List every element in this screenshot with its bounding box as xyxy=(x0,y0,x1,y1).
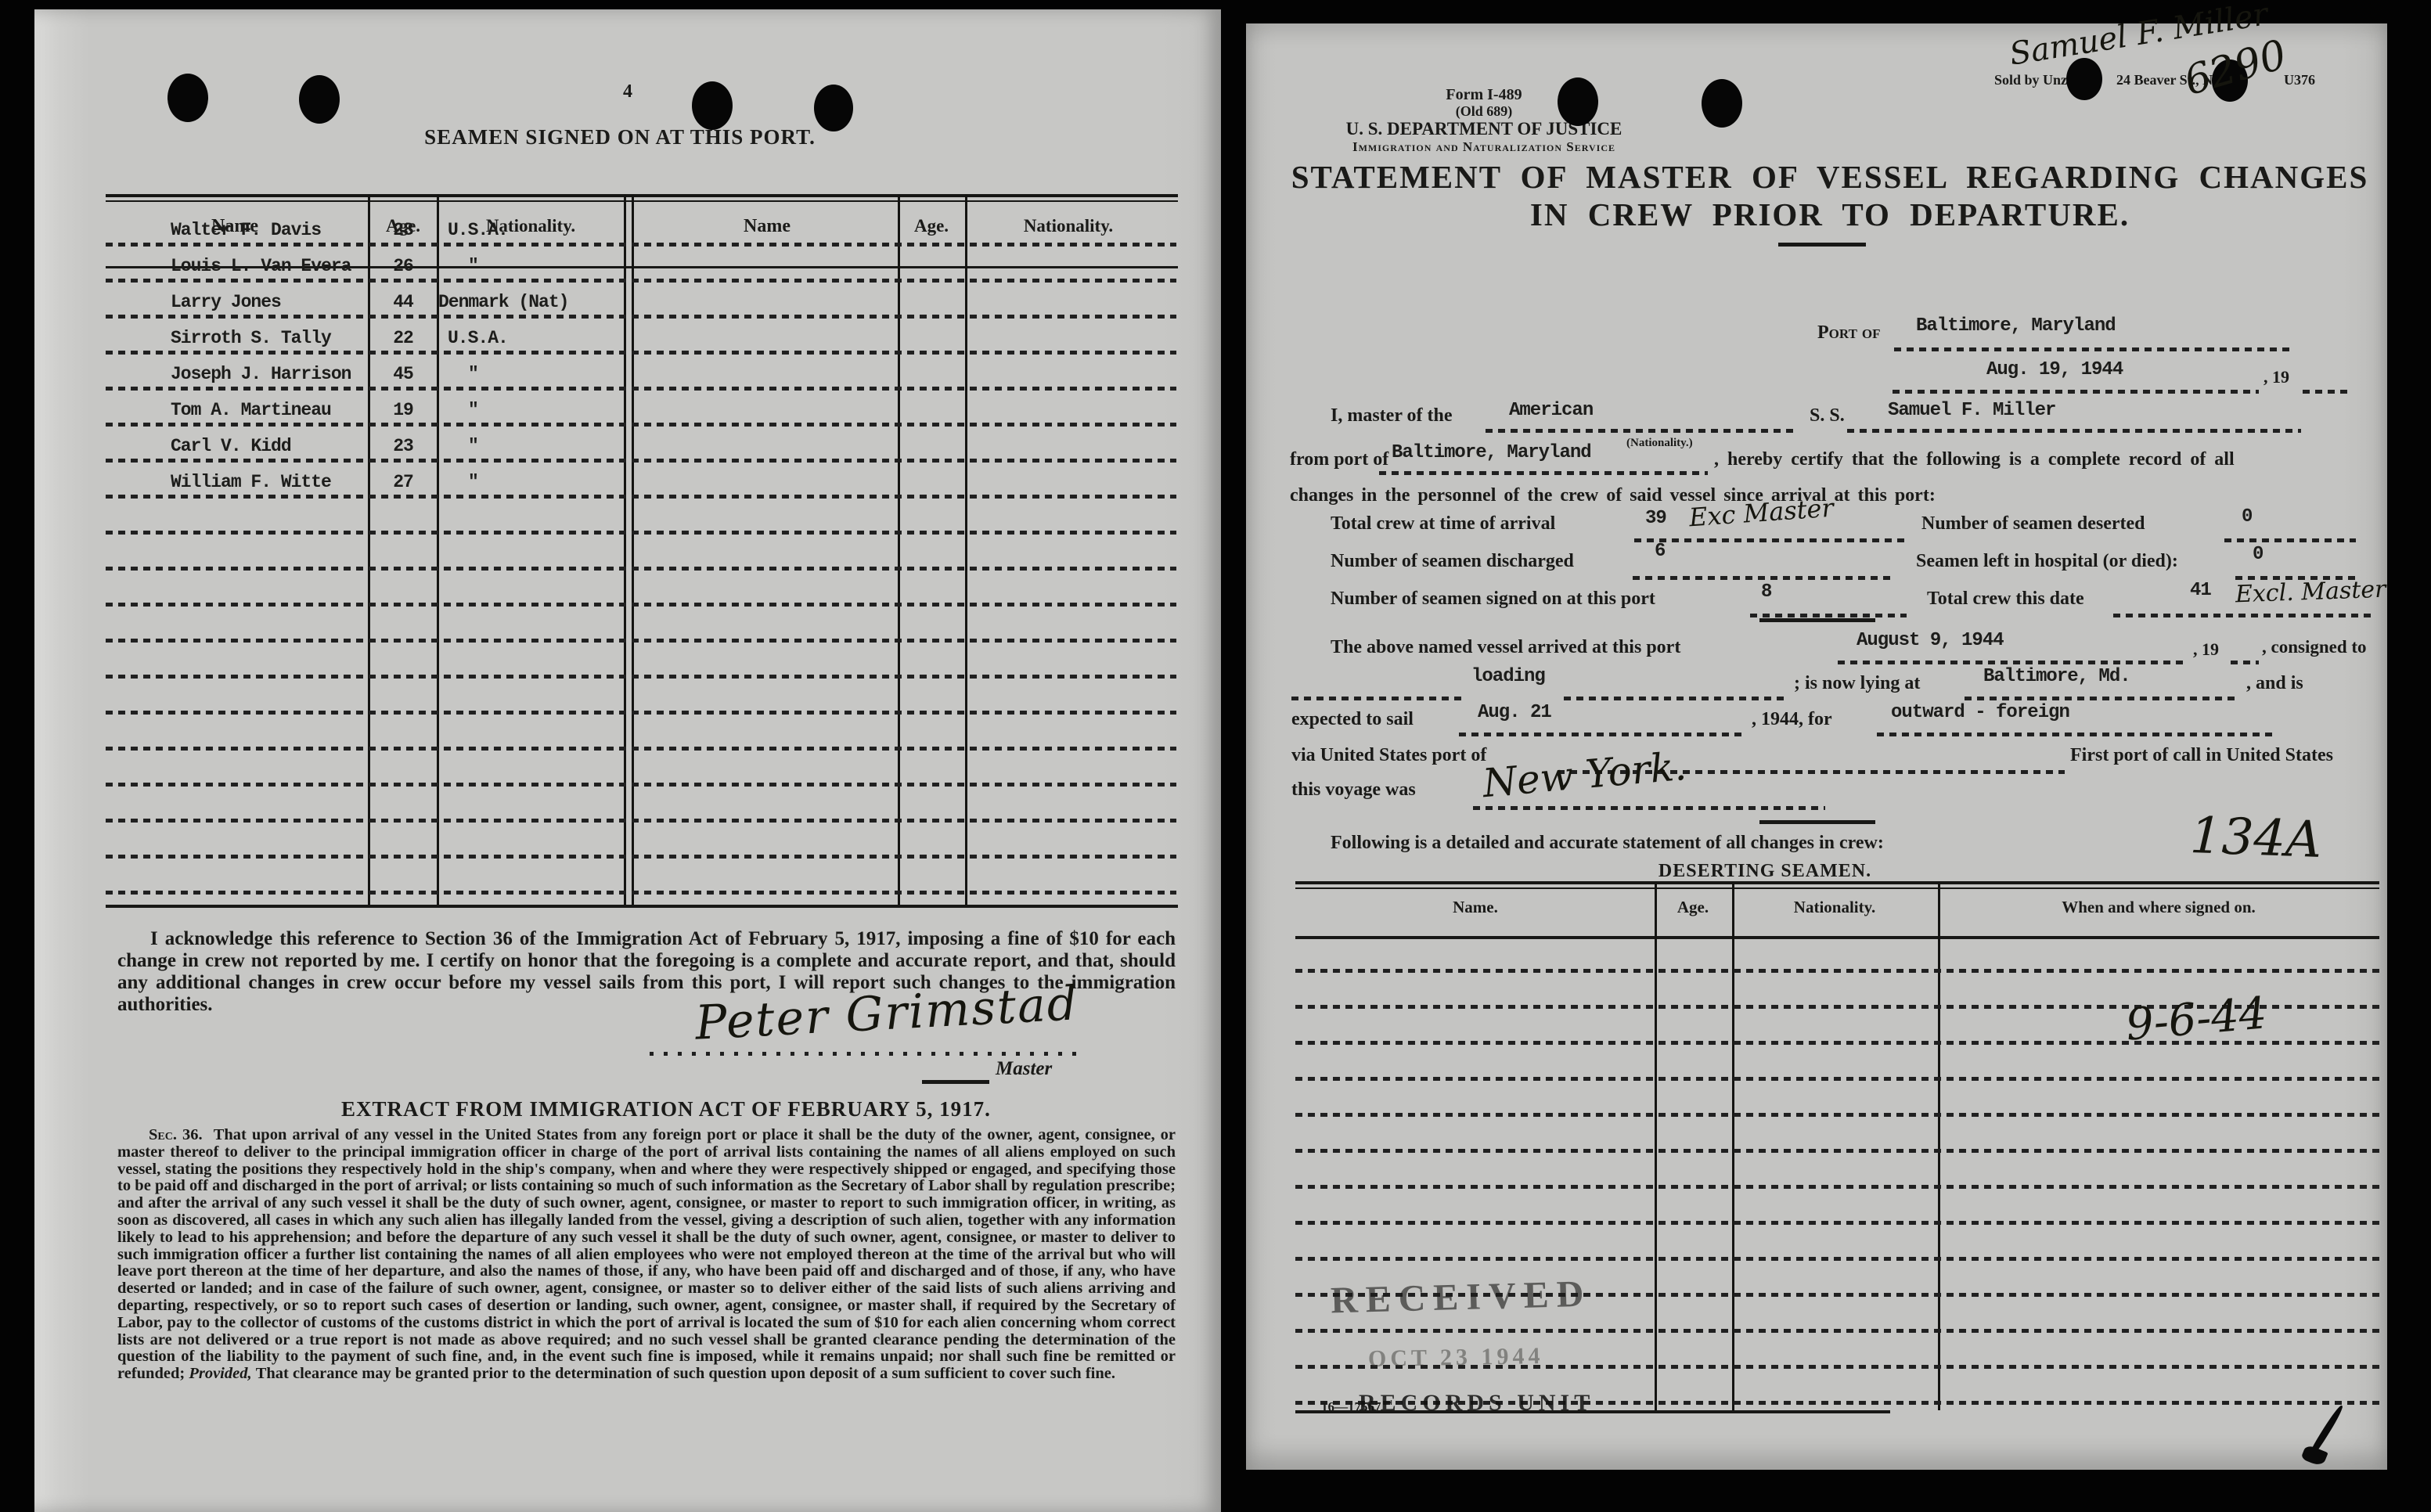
row-line xyxy=(106,567,1176,571)
deserting-col-signed-on: When and where signed on. xyxy=(2062,898,2256,917)
deserting-seamen-heading: DESERTING SEAMEN. xyxy=(1658,861,1871,882)
row-line xyxy=(106,891,1176,895)
extract-text-2: That clearance may be granted prior to t… xyxy=(256,1365,1115,1382)
row-line xyxy=(1295,969,2379,973)
crew-name: Tom A. Martineau xyxy=(171,401,331,421)
signature-line xyxy=(650,1052,1076,1056)
discharged-value: 6 xyxy=(1655,542,1665,563)
row-line xyxy=(106,639,1176,643)
date-stamp: OCT 23 1944 xyxy=(1368,1343,1544,1373)
title-underline xyxy=(1778,243,1866,247)
col-header-age-2: Age. xyxy=(914,216,949,236)
scanned-document: 4 SEAMEN SIGNED ON AT THIS PORT. Name Ag… xyxy=(0,0,2431,1512)
crew-name: Larry Jones xyxy=(171,293,281,313)
row-line xyxy=(1295,1077,2379,1081)
row-line xyxy=(106,819,1176,823)
fill-line xyxy=(1877,733,2273,736)
crew-age: 28 xyxy=(369,221,437,241)
crew-age: 22 xyxy=(369,329,437,349)
fill-line xyxy=(1473,806,1825,810)
pen-mark xyxy=(2300,1399,2354,1470)
consigned-value: loading xyxy=(1471,667,1545,688)
row-line xyxy=(1295,1113,2379,1117)
section-label: Sec. 36. xyxy=(117,1126,203,1143)
arrival-crew-value: 39 xyxy=(1645,509,1666,530)
arrival-crew-label: Total crew at time of arrival xyxy=(1331,513,1555,535)
punch-hole xyxy=(1702,79,1742,128)
crew-age: 26 xyxy=(369,257,437,277)
records-unit-stamp: RECORDS UNIT xyxy=(1359,1390,1594,1417)
arrived-year-label: , 19 xyxy=(2193,640,2219,660)
form-title-line1: STATEMENT OF MASTER OF VESSEL REGARDING … xyxy=(1291,160,2369,196)
page-title: SEAMEN SIGNED ON AT THIS PORT. xyxy=(424,125,816,149)
deserting-table-top-rule xyxy=(1295,881,2379,889)
form-number-old: (Old 689) xyxy=(1456,103,1513,119)
sail-year-label: , 1944, for xyxy=(1752,709,1832,730)
fill-line xyxy=(1291,697,1462,700)
signature-role-label: Master xyxy=(996,1058,1052,1080)
master-of-label: I, master of the xyxy=(1331,405,1453,427)
punch-hole xyxy=(692,81,733,130)
punch-hole xyxy=(1558,77,1598,126)
vessel-name-value: Samuel F. Miller xyxy=(1888,401,2055,422)
deserting-col-nationality: Nationality. xyxy=(1794,898,1875,917)
changes-text: changes in the personnel of the crew of … xyxy=(1290,485,1936,506)
row-line xyxy=(1295,1185,2379,1189)
deserted-value: 0 xyxy=(2242,507,2252,528)
crew-nationality: U.S.A. xyxy=(448,221,508,241)
row-line xyxy=(106,279,1176,283)
fill-line xyxy=(1894,347,2289,351)
row-line xyxy=(1295,1149,2379,1153)
punch-hole xyxy=(814,85,853,131)
signed-on-value: 8 xyxy=(1761,582,1771,603)
extract-heading: EXTRACT FROM IMMIGRATION ACT OF FEBRUARY… xyxy=(341,1097,991,1121)
section-divider xyxy=(1759,618,1875,622)
crew-name: Carl V. Kidd xyxy=(171,437,291,457)
certify-text: , hereby certify that the following is a… xyxy=(1714,449,2235,470)
crew-name: Joseph J. Harrison xyxy=(171,365,351,385)
crew-nationality: " xyxy=(468,401,478,421)
fill-line xyxy=(1486,429,1799,433)
row-line xyxy=(106,855,1176,859)
lying-at-label: ; is now lying at xyxy=(1794,673,1920,694)
and-is-label: , and is xyxy=(2246,673,2303,694)
crew-age: 44 xyxy=(369,293,437,313)
following-caption: Following is a detailed and accurate sta… xyxy=(1331,833,1884,854)
nationality-value: American xyxy=(1509,401,1593,422)
form-number: Form I-489 xyxy=(1446,86,1522,103)
row-line xyxy=(106,243,1176,247)
fill-line xyxy=(2113,614,2373,617)
fill-line xyxy=(1459,733,1744,736)
crew-nationality: " xyxy=(468,365,478,385)
col-header-nationality-2: Nationality. xyxy=(1024,216,1113,236)
row-line xyxy=(106,387,1176,391)
column-line xyxy=(632,194,634,906)
crew-name: Louis L. Van Evera xyxy=(171,257,351,277)
row-line xyxy=(106,747,1176,751)
port-of-label: Port of xyxy=(1817,322,1881,344)
total-crew-label: Total crew this date xyxy=(1927,589,2084,610)
fill-line xyxy=(1965,697,2237,700)
deserted-label: Number of seamen deserted xyxy=(1921,513,2145,535)
crew-name: Walter F. Davis xyxy=(171,221,321,241)
fill-line xyxy=(1838,661,2188,664)
handwritten-doc-number: 134A xyxy=(2189,808,2323,869)
crew-name: William F. Witte xyxy=(171,473,331,493)
punch-hole xyxy=(2066,58,2102,100)
hospital-label: Seamen left in hospital (or died): xyxy=(1916,551,2178,572)
fill-line xyxy=(1379,471,1708,475)
total-crew-value: 41 xyxy=(2190,581,2211,602)
row-line xyxy=(106,315,1176,319)
row-line xyxy=(106,603,1176,607)
row-line xyxy=(106,495,1176,499)
arrived-date-value: August 9, 1944 xyxy=(1857,631,2004,652)
crew-nationality: Denmark (Nat) xyxy=(438,293,568,313)
fill-line xyxy=(1750,614,1907,617)
via-port-label: via United States port of xyxy=(1291,745,1486,766)
fill-line xyxy=(2231,661,2259,664)
sold-by-text: Sold by Unz xyxy=(1994,72,2067,88)
fill-line xyxy=(1893,390,2259,394)
row-line xyxy=(106,783,1176,787)
row-line xyxy=(106,459,1176,463)
fill-line xyxy=(1847,429,2301,433)
fill-line xyxy=(1633,576,1891,580)
lying-at-value: Baltimore, Md. xyxy=(1983,667,2130,688)
form-title-line2: IN CREW PRIOR TO DEPARTURE. xyxy=(1530,197,2130,233)
ss-label: S. S. xyxy=(1810,405,1845,427)
crew-name: Sirroth S. Tally xyxy=(171,329,331,349)
sail-destination-value: outward - foreign xyxy=(1891,703,2069,724)
fill-line xyxy=(1634,538,1910,542)
column-line xyxy=(624,194,626,906)
section-divider xyxy=(1759,820,1875,824)
from-port-value: Baltimore, Maryland xyxy=(1392,443,1591,464)
year-19-label: , 19 xyxy=(2264,368,2289,387)
extract-text-1: That upon arrival of any vessel in the U… xyxy=(117,1126,1176,1382)
received-stamp: RECEIVED xyxy=(1330,1273,1592,1323)
sail-date-value: Aug. 21 xyxy=(1478,703,1551,724)
crew-age: 23 xyxy=(369,437,437,457)
section-divider xyxy=(922,1080,989,1084)
from-port-label: from port of xyxy=(1290,449,1388,470)
handwritten-excl-master: Excl. Master xyxy=(2235,577,2386,608)
row-line xyxy=(1295,1221,2379,1225)
deserting-col-age: Age. xyxy=(1677,898,1709,917)
row-line xyxy=(106,423,1176,427)
table-top-rule xyxy=(106,194,1178,202)
column-line xyxy=(965,194,967,906)
crew-age: 19 xyxy=(369,401,437,421)
fill-line xyxy=(2303,390,2351,394)
crew-nationality: " xyxy=(468,437,478,457)
first-port-label: First port of call in United States xyxy=(2070,745,2333,766)
row-line xyxy=(106,675,1176,679)
expected-sail-label: expected to sail xyxy=(1291,709,1414,730)
deserting-header-rule xyxy=(1295,936,2379,939)
row-line xyxy=(106,351,1176,355)
crew-nationality: U.S.A. xyxy=(448,329,508,349)
crew-nationality: " xyxy=(468,473,478,493)
port-of-value: Baltimore, Maryland xyxy=(1916,316,2116,337)
crew-age: 45 xyxy=(369,365,437,385)
discharged-label: Number of seamen discharged xyxy=(1331,551,1574,572)
fill-line xyxy=(1564,697,1788,700)
signed-on-label: Number of seamen signed on at this port xyxy=(1331,589,1655,610)
deserting-col-name: Name. xyxy=(1453,898,1498,917)
fill-line xyxy=(2224,538,2356,542)
arrived-label: The above named vessel arrived at this p… xyxy=(1331,637,1680,658)
crew-age: 27 xyxy=(369,473,437,493)
col-header-name-2: Name xyxy=(744,216,791,237)
service-name: Immigration and Naturalization Service xyxy=(1352,139,1615,154)
consigned-label: , consigned to xyxy=(2262,637,2367,657)
table-bottom-rule xyxy=(106,905,1178,908)
row-line xyxy=(106,711,1176,715)
page-number: 4 xyxy=(623,81,632,103)
extract-body: Sec. 36. That upon arrival of any vessel… xyxy=(117,1127,1176,1383)
row-line xyxy=(1295,1329,2379,1333)
punch-hole xyxy=(167,74,208,122)
extract-provided: Provided, xyxy=(189,1365,251,1382)
nationality-sublabel: (Nationality.) xyxy=(1626,437,1693,450)
voyage-label: this voyage was xyxy=(1291,779,1416,801)
column-line xyxy=(898,194,900,906)
punch-hole xyxy=(299,75,340,124)
row-line xyxy=(1295,1257,2379,1261)
crew-nationality: " xyxy=(468,257,478,277)
row-line xyxy=(106,531,1176,535)
hospital-value: 0 xyxy=(2253,545,2263,566)
date-value: Aug. 19, 1944 xyxy=(1986,360,2123,381)
